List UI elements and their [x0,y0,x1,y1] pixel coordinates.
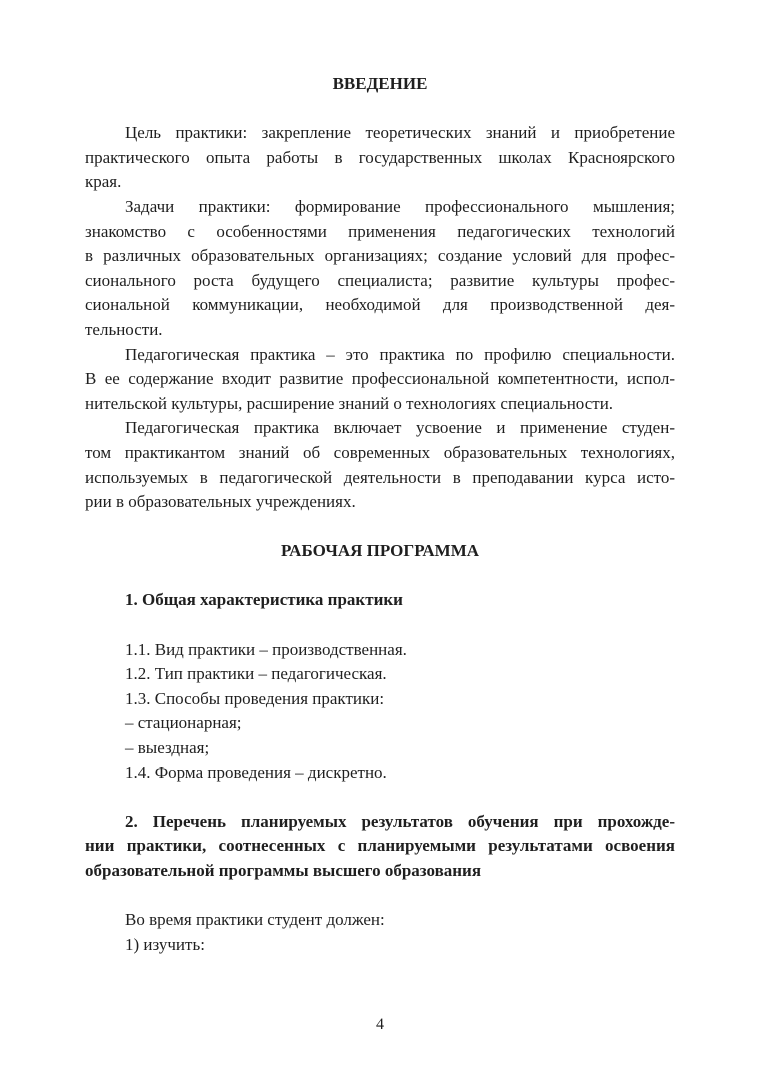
text-line: нии практики, соотнесенных с планируемым… [85,834,675,859]
document-page: ВВЕДЕНИЕЦель практики: закрепление теоре… [0,0,764,1080]
text-line: 1) изучить: [85,933,675,958]
text-line: нительской культуры, расширение знаний о… [85,392,675,417]
text-line: знакомство с особенностями применения пе… [85,220,675,245]
text-line: образовательной программы высшего образо… [85,859,675,884]
text-line: – стационарная; [85,711,675,736]
text-line: РАБОЧАЯ ПРОГРАММА [85,539,675,564]
text-line: 1.3. Способы проведения практики: [85,687,675,712]
page-number: 4 [85,1013,675,1038]
text-lines-container: ВВЕДЕНИЕЦель практики: закрепление теоре… [85,72,675,957]
text-line: 2. Перечень планируемых результатов обуч… [85,810,675,835]
text-line: сиональной коммуникации, необходимой для… [85,293,675,318]
text-line: Во время практики студент должен: [85,908,675,933]
blank-line [85,613,675,638]
text-line: используемых в педагогической деятельнос… [85,466,675,491]
blank-line [85,564,675,589]
text-line: 1. Общая характеристика практики [85,588,675,613]
text-line: в различных образовательных организациях… [85,244,675,269]
text-line: – выездная; [85,736,675,761]
text-line: Педагогическая практика – это практика п… [85,343,675,368]
blank-line [85,785,675,810]
text-line: сионального роста будущего специалиста; … [85,269,675,294]
text-line: 1.2. Тип практики – педагогическая. [85,662,675,687]
text-column: ВВЕДЕНИЕЦель практики: закрепление теоре… [0,0,764,1038]
text-line: 1.1. Вид практики – производственная. [85,638,675,663]
text-line: практического опыта работы в государстве… [85,146,675,171]
text-line: ВВЕДЕНИЕ [85,72,675,97]
blank-line [85,884,675,909]
text-line: Педагогическая практика включает усвоени… [85,416,675,441]
text-line: том практикантом знаний об современных о… [85,441,675,466]
text-line: Задачи практики: формирование профессион… [85,195,675,220]
blank-line [85,97,675,122]
blank-line [85,515,675,540]
text-line: края. [85,170,675,195]
text-line: тельности. [85,318,675,343]
text-line: Цель практики: закрепление теоретических… [85,121,675,146]
text-line: 1.4. Форма проведения – дискретно. [85,761,675,786]
text-line: рии в образовательных учреждениях. [85,490,675,515]
text-line: В ее содержание входит развитие професси… [85,367,675,392]
